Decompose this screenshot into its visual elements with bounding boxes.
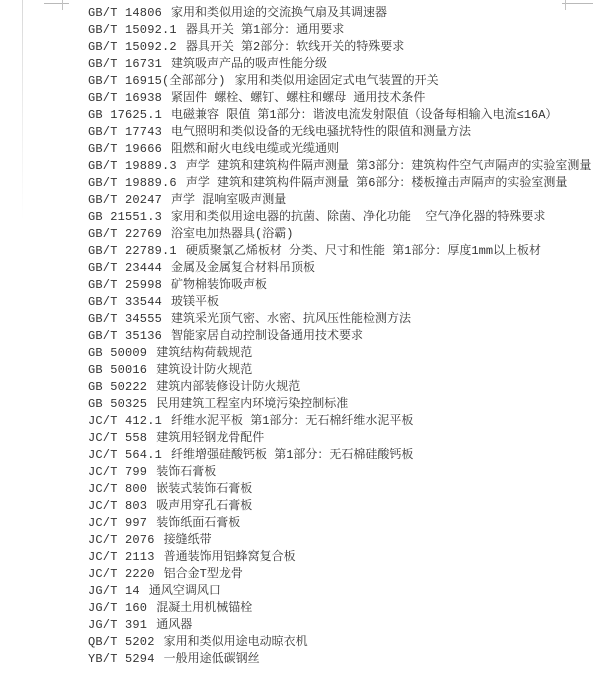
standard-title: 声学 建筑和建筑构件隔声测量 第6部分：楼板撞击声隔声的实验室测量 <box>186 176 568 190</box>
standard-code: GB/T 25998 <box>88 278 162 292</box>
standard-code: GB 50009 <box>88 346 147 360</box>
standard-title: 电磁兼容 限值 第1部分：谐波电流发射限值（设备每相输入电流≤16A） <box>171 108 557 122</box>
standard-title: 紧固件 螺栓、螺钉、螺柱和螺母 通用技术条件 <box>171 91 425 105</box>
standard-row: GB 50325民用建筑工程室内环境污染控制标准 <box>88 396 591 413</box>
standard-row: GB/T 16731建筑吸声产品的吸声性能分级 <box>88 56 591 73</box>
standard-row: JC/T 558建筑用轻钢龙骨配件 <box>88 430 591 447</box>
standard-row: GB 50009建筑结构荷载规范 <box>88 345 591 362</box>
standard-title: 矿物棉装饰吸声板 <box>171 278 267 292</box>
standard-code: GB/T 16938 <box>88 91 162 105</box>
standard-title: 建筑采光顶气密、水密、抗风压性能检测方法 <box>171 312 411 326</box>
standard-code: JC/T 800 <box>88 482 147 496</box>
standard-code: GB 50016 <box>88 363 147 377</box>
standard-row: JC/T 564.1纤维增强硅酸钙板 第1部分：无石棉硅酸钙板 <box>88 447 591 464</box>
standard-row: GB/T 25998矿物棉装饰吸声板 <box>88 277 591 294</box>
standard-row: GB 21551.3家用和类似用途电器的抗菌、除菌、净化功能 空气净化器的特殊要… <box>88 209 591 226</box>
standard-title: 家用和类似用途电动晾衣机 <box>164 635 308 649</box>
standard-row: GB/T 19666阻燃和耐火电线电缆或光缆通则 <box>88 141 591 158</box>
standard-title: 建筑内部装修设计防火规范 <box>156 380 300 394</box>
standard-code: GB/T 22769 <box>88 227 162 241</box>
standards-list: GB/T 14806家用和类似用途的交流换气扇及其调速器 GB/T 15092.… <box>88 5 591 668</box>
standard-code: GB/T 16731 <box>88 57 162 71</box>
standard-title: 纤维水泥平板 第1部分：无石棉纤维水泥平板 <box>171 414 413 428</box>
standard-code: JG/T 160 <box>88 601 147 615</box>
standard-row: JC/T 412.1纤维水泥平板 第1部分：无石棉纤维水泥平板 <box>88 413 591 430</box>
standard-code: QB/T 5202 <box>88 635 155 649</box>
standard-row: JG/T 160混凝土用机械锚栓 <box>88 600 591 617</box>
standard-row: JC/T 2220铝合金T型龙骨 <box>88 566 591 583</box>
standard-row: JG/T 14通风空调风口 <box>88 583 591 600</box>
standard-row: GB/T 19889.3声学 建筑和建筑构件隔声测量 第3部分：建筑构件空气声隔… <box>88 158 591 175</box>
standard-row: GB/T 16915(全部部分)家用和类似用途固定式电气装置的开关 <box>88 73 591 90</box>
standard-title: 一般用途低碳钢丝 <box>164 652 260 666</box>
document-page: GB/T 14806家用和类似用途的交流换气扇及其调速器 GB/T 15092.… <box>0 0 595 680</box>
standard-code: JC/T 412.1 <box>88 414 162 428</box>
standard-row: GB 17625.1电磁兼容 限值 第1部分：谐波电流发射限值（设备每相输入电流… <box>88 107 591 124</box>
scan-artifact-top-left-tick <box>62 0 63 10</box>
standard-row: GB/T 19889.6声学 建筑和建筑构件隔声测量 第6部分：楼板撞击声隔声的… <box>88 175 591 192</box>
standard-code: GB 50325 <box>88 397 147 411</box>
standard-title: 阻燃和耐火电线电缆或光缆通则 <box>171 142 339 156</box>
scan-artifact-left-fold <box>22 0 23 220</box>
standard-row: GB/T 35136智能家居自动控制设备通用技术要求 <box>88 328 591 345</box>
standard-title: 铝合金T型龙骨 <box>164 567 243 581</box>
standard-title: 装饰石膏板 <box>156 465 216 479</box>
standard-title: 吸声用穿孔石膏板 <box>156 499 252 513</box>
standard-code: JC/T 799 <box>88 465 147 479</box>
standard-title: 通风器 <box>156 618 192 632</box>
standard-row: GB/T 20247声学 混响室吸声测量 <box>88 192 591 209</box>
standard-title: 普通装饰用铝蜂窝复合板 <box>164 550 296 564</box>
standard-code: GB/T 15092.2 <box>88 40 177 54</box>
scan-artifact-top-right-line <box>562 3 593 4</box>
standard-title: 声学 建筑和建筑构件隔声测量 第3部分：建筑构件空气声隔声的实验室测量 <box>186 159 592 173</box>
standard-code: JC/T 564.1 <box>88 448 162 462</box>
standard-code: JC/T 2113 <box>88 550 155 564</box>
standard-title: 民用建筑工程室内环境污染控制标准 <box>156 397 348 411</box>
standard-title: 纤维增强硅酸钙板 第1部分：无石棉硅酸钙板 <box>171 448 413 462</box>
standard-title: 声学 混响室吸声测量 <box>171 193 286 207</box>
standard-title: 智能家居自动控制设备通用技术要求 <box>171 329 363 343</box>
standard-title: 建筑设计防火规范 <box>156 363 252 377</box>
standard-code: GB 21551.3 <box>88 210 162 224</box>
standard-title: 硬质聚氯乙烯板材 分类、尺寸和性能 第1部分：厚度1mm以上板材 <box>186 244 541 258</box>
standard-code: JG/T 14 <box>88 584 140 598</box>
standard-code: GB/T 23444 <box>88 261 162 275</box>
standard-row: GB/T 15092.1器具开关 第1部分：通用要求 <box>88 22 591 39</box>
standard-code: GB/T 19889.3 <box>88 159 177 173</box>
standard-code: JC/T 997 <box>88 516 147 530</box>
standard-code: GB/T 19666 <box>88 142 162 156</box>
standard-code: GB/T 16915(全部部分) <box>88 74 226 88</box>
standard-title: 建筑用轻钢龙骨配件 <box>156 431 264 445</box>
standard-title: 接缝纸带 <box>164 533 212 547</box>
standard-title: 家用和类似用途的交流换气扇及其调速器 <box>171 6 387 20</box>
standard-row: GB/T 22769浴室电加热器具(浴霸) <box>88 226 591 243</box>
standard-code: JC/T 558 <box>88 431 147 445</box>
scan-artifact-top-left-line <box>44 3 69 4</box>
standard-code: GB/T 20247 <box>88 193 162 207</box>
standard-code: JC/T 2220 <box>88 567 155 581</box>
standard-code: GB/T 22789.1 <box>88 244 177 258</box>
standard-title: 通风空调风口 <box>149 584 221 598</box>
standard-code: JC/T 803 <box>88 499 147 513</box>
standard-code: GB/T 34555 <box>88 312 162 326</box>
standard-row: JC/T 2076接缝纸带 <box>88 532 591 549</box>
standard-row: JC/T 997装饰纸面石膏板 <box>88 515 591 532</box>
standard-row: GB/T 17743电气照明和类似设备的无线电骚扰特性的限值和测量方法 <box>88 124 591 141</box>
standard-row: YB/T 5294一般用途低碳钢丝 <box>88 651 591 668</box>
standard-title: 器具开关 第2部分：软线开关的特殊要求 <box>186 40 404 54</box>
standard-row: GB/T 23444金属及金属复合材料吊顶板 <box>88 260 591 277</box>
standard-row: GB/T 33544玻镁平板 <box>88 294 591 311</box>
standard-title: 家用和类似用途电器的抗菌、除菌、净化功能 空气净化器的特殊要求 <box>171 210 545 224</box>
standard-title: 混凝土用机械锚栓 <box>156 601 252 615</box>
standard-row: GB 50016建筑设计防火规范 <box>88 362 591 379</box>
standard-code: GB/T 17743 <box>88 125 162 139</box>
standard-row: GB/T 15092.2器具开关 第2部分：软线开关的特殊要求 <box>88 39 591 56</box>
standard-code: GB/T 14806 <box>88 6 162 20</box>
standard-row: JC/T 799装饰石膏板 <box>88 464 591 481</box>
standard-code: GB/T 19889.6 <box>88 176 177 190</box>
standard-title: 嵌装式装饰石膏板 <box>156 482 252 496</box>
standard-code: GB 50222 <box>88 380 147 394</box>
standard-title: 建筑结构荷载规范 <box>156 346 252 360</box>
standard-title: 建筑吸声产品的吸声性能分级 <box>171 57 327 71</box>
standard-code: GB/T 35136 <box>88 329 162 343</box>
standard-row: JC/T 800嵌装式装饰石膏板 <box>88 481 591 498</box>
standard-title: 电气照明和类似设备的无线电骚扰特性的限值和测量方法 <box>171 125 471 139</box>
standard-row: JG/T 391通风器 <box>88 617 591 634</box>
standard-code: JC/T 2076 <box>88 533 155 547</box>
standard-row: JC/T 803吸声用穿孔石膏板 <box>88 498 591 515</box>
standard-title: 家用和类似用途固定式电气装置的开关 <box>235 74 439 88</box>
standard-code: YB/T 5294 <box>88 652 155 666</box>
standard-title: 器具开关 第1部分：通用要求 <box>186 23 344 37</box>
standard-row: GB/T 22789.1硬质聚氯乙烯板材 分类、尺寸和性能 第1部分：厚度1mm… <box>88 243 591 260</box>
standard-row: GB/T 14806家用和类似用途的交流换气扇及其调速器 <box>88 5 591 22</box>
standard-row: GB 50222建筑内部装修设计防火规范 <box>88 379 591 396</box>
standard-title: 金属及金属复合材料吊顶板 <box>171 261 315 275</box>
standard-row: QB/T 5202家用和类似用途电动晾衣机 <box>88 634 591 651</box>
standard-title: 玻镁平板 <box>171 295 219 309</box>
standard-title: 浴室电加热器具(浴霸) <box>171 227 293 241</box>
standard-title: 装饰纸面石膏板 <box>156 516 240 530</box>
standard-row: GB/T 34555建筑采光顶气密、水密、抗风压性能检测方法 <box>88 311 591 328</box>
standard-code: GB/T 15092.1 <box>88 23 177 37</box>
standard-row: JC/T 2113普通装饰用铝蜂窝复合板 <box>88 549 591 566</box>
standard-code: GB 17625.1 <box>88 108 162 122</box>
standard-code: GB/T 33544 <box>88 295 162 309</box>
standard-code: JG/T 391 <box>88 618 147 632</box>
standard-row: GB/T 16938紧固件 螺栓、螺钉、螺柱和螺母 通用技术条件 <box>88 90 591 107</box>
